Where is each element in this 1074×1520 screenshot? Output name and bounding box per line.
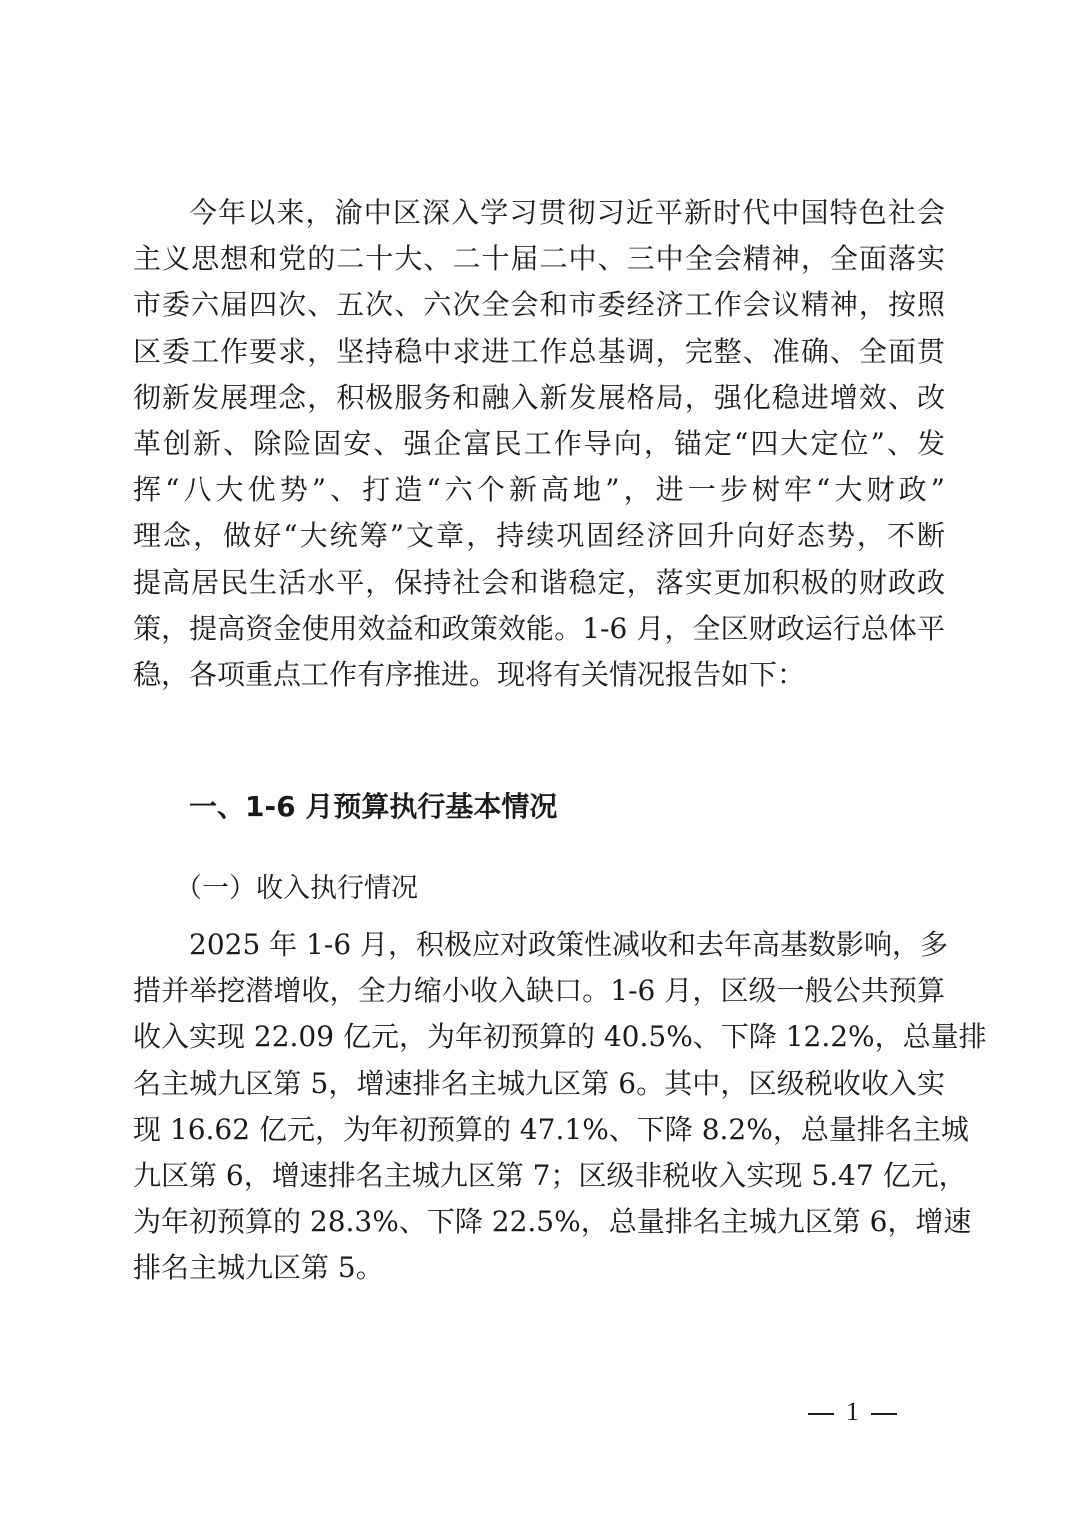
paragraph-line: 措并举挖潜增收，全力缩小收入缺口。1-6 月，区级一般公共预算: [133, 968, 945, 1014]
paragraph-line: 市委六届四次、五次、六次全会和市委经济工作会议精神，按照: [133, 282, 945, 328]
paragraph-line: 革创新、除险固安、强企富民工作导向，锚定“四大定位”、发: [133, 421, 945, 467]
page-number-value: 1: [846, 1394, 859, 1430]
paragraph-line: 提高居民生活水平，保持社会和谐稳定，落实更加积极的财政政: [133, 560, 945, 606]
paragraph-line: 为年初预算的 28.3%、下降 22.5%，总量排名主城九区第 6，增速: [133, 1199, 945, 1245]
paragraph-line: 策，提高资金使用效益和政策效能。1-6 月，全区财政运行总体平: [133, 606, 945, 652]
page-number-dash-left: [808, 1413, 834, 1415]
paragraph-line: 今年以来，渝中区深入学习贯彻习近平新时代中国特色社会: [133, 190, 945, 236]
paragraph-line: 区委工作要求，坚持稳中求进工作总基调，完整、准确、全面贯: [133, 329, 945, 375]
paragraph-line: 挥“八大优势”、打造“六个新高地”，进一步树牢“大财政”: [133, 467, 945, 513]
paragraph-line: 2025 年 1-6 月，积极应对政策性减收和去年高基数影响，多: [133, 922, 945, 968]
paragraph-line: 九区第 6，增速排名主城九区第 7；区级非税收入实现 5.47 亿元，: [133, 1153, 945, 1199]
paragraph-line: 彻新发展理念，积极服务和融入新发展格局，强化稳进增效、改: [133, 375, 945, 421]
revenue-paragraph: 2025 年 1-6 月，积极应对政策性减收和去年高基数影响，多 措并举挖潜增收…: [133, 922, 945, 1292]
paragraph-line: 主义思想和党的二十大、二十届二中、三中全会精神，全面落实: [133, 236, 945, 282]
page-number-dash-right: [871, 1413, 897, 1415]
paragraph-line: 收入实现 22.09 亿元，为年初预算的 40.5%、下降 12.2%，总量排: [133, 1014, 945, 1060]
page-number: 1: [808, 1394, 897, 1430]
subsection-heading: （一）收入执行情况: [175, 866, 418, 912]
intro-paragraph: 今年以来，渝中区深入学习贯彻习近平新时代中国特色社会 主义思想和党的二十大、二十…: [133, 190, 945, 698]
paragraph-line: 名主城九区第 5，增速排名主城九区第 6。其中，区级税收收入实: [133, 1061, 945, 1107]
paragraph-line: 稳，各项重点工作有序推进。现将有关情况报告如下：: [133, 652, 945, 698]
paragraph-line: 现 16.62 亿元，为年初预算的 47.1%、下降 8.2%，总量排名主城: [133, 1107, 945, 1153]
section-heading: 一、1-6 月预算执行基本情况: [189, 784, 557, 830]
paragraph-line: 理念，做好“大统筹”文章，持续巩固经济回升向好态势，不断: [133, 513, 945, 559]
document-page: 今年以来，渝中区深入学习贯彻习近平新时代中国特色社会 主义思想和党的二十大、二十…: [0, 0, 1074, 1520]
paragraph-line: 排名主城九区第 5。: [133, 1245, 945, 1291]
